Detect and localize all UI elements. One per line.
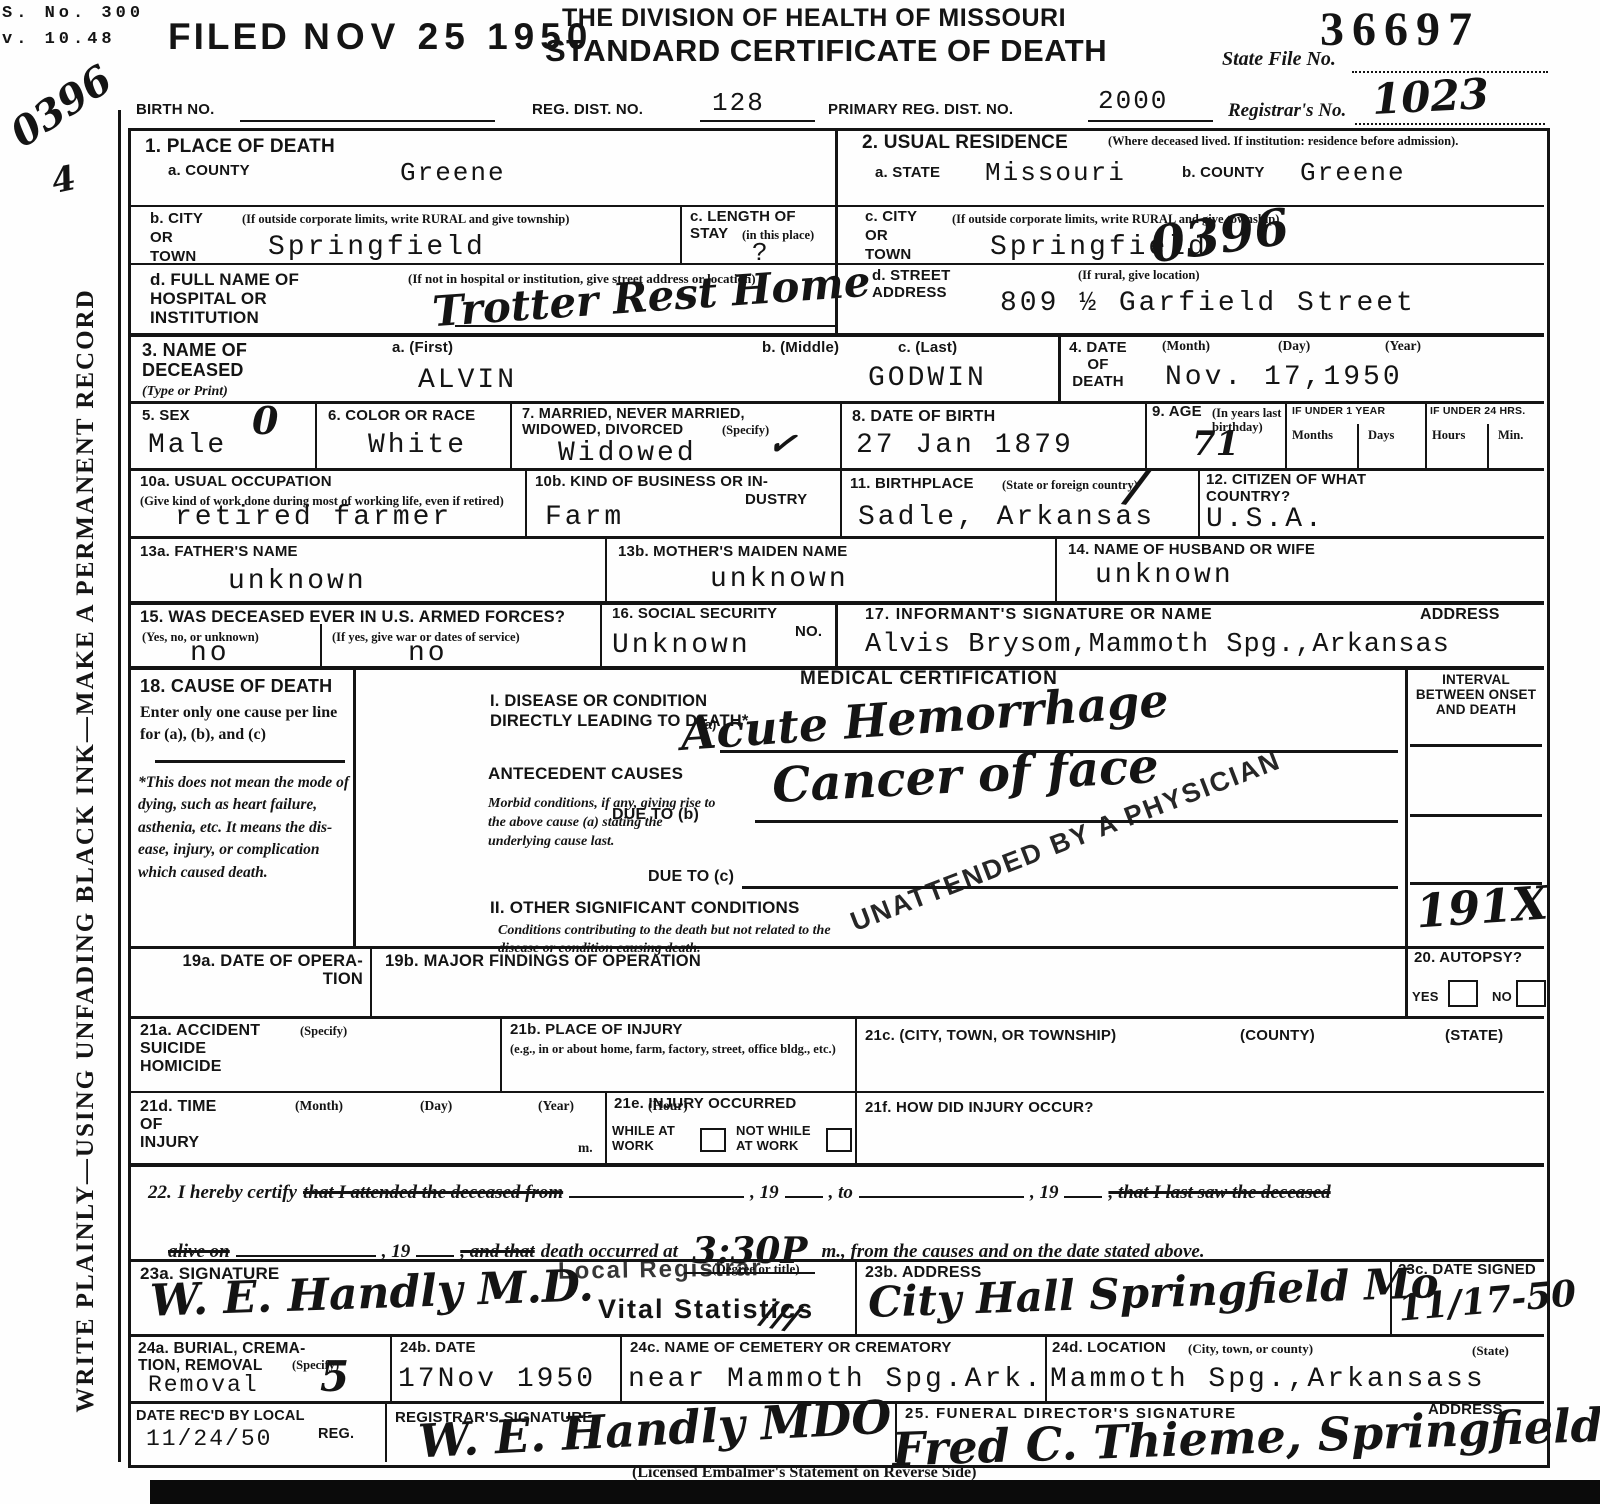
death-certificate-scan: S. No. 300 v. 10.48 0396 4 WRITE PLAINLY… (0, 0, 1600, 1504)
grid-line (600, 601, 602, 666)
certify-number: 22. (148, 1182, 172, 1204)
primary-reg-label: PRIMARY REG. DIST. NO. (828, 102, 1013, 119)
name-last-label: c. (Last) (898, 340, 957, 357)
grid-line (320, 624, 322, 666)
margin-handwritten-number: 0396 (2, 56, 121, 157)
injury-day-label: (Day) (420, 1098, 452, 1114)
grid-line (370, 946, 372, 1016)
place-city-value: Springfield (268, 232, 486, 263)
burial-location-note: (City, town, or county) (1188, 1342, 1313, 1357)
filed-stamp: FILED NOV 25 1950 (168, 16, 593, 58)
birthplace-value: Sadle, Arkansas (858, 502, 1155, 533)
not-while-at-work-checkbox (826, 1128, 852, 1152)
informant-address-label: ADDRESS (1420, 606, 1500, 624)
residence-city-label: c. CITY OR TOWN (865, 208, 917, 264)
burial-location-label: 24d. LOCATION (1052, 1340, 1166, 1357)
mother-value: unknown (710, 564, 849, 595)
grid-line (128, 1016, 1544, 1019)
residence-title: 2. USUAL RESIDENCE (862, 132, 1068, 153)
injury-year-label: (Year) (538, 1098, 574, 1114)
residence-county-label: b. COUNTY (1182, 165, 1265, 182)
birth-date-value: 27 Jan 1879 (856, 430, 1074, 461)
autopsy-yes-checkbox (1448, 980, 1478, 1007)
autopsy-no-label: NO (1492, 990, 1512, 1005)
grid-line (510, 401, 512, 468)
title-line2: STANDARD CERTIFICATE OF DEATH (545, 34, 1107, 69)
certify-line1: 22. I hereby certify that I attended the… (148, 1180, 1540, 1204)
grid-line (385, 1401, 387, 1462)
grid-line (700, 120, 815, 122)
grid-line (1045, 1334, 1047, 1401)
reg-dist-label: REG. DIST. NO. (532, 102, 643, 119)
certify-struck-lastsaw: , that I last saw the deceased (1108, 1182, 1330, 1204)
registrar-no-label: Registrar's No. (1228, 100, 1346, 122)
marital-handwritten-check: ✓ (765, 422, 799, 466)
injury-m-label: m. (578, 1140, 593, 1156)
autopsy-yes-label: YES (1412, 990, 1439, 1005)
grid-line (840, 401, 842, 468)
death-date-day-label: (Day) (1278, 338, 1310, 354)
due-b-label: DUE TO (b) (612, 806, 699, 824)
grid-line (128, 536, 1544, 539)
occupation-label: 10a. USUAL OCCUPATION (140, 474, 332, 491)
street-note: (If rural, give location) (1078, 268, 1200, 282)
birth-date-label: 8. DATE OF BIRTH (852, 408, 995, 426)
residence-state-label: a. STATE (875, 165, 940, 182)
grid-line (1410, 744, 1542, 747)
occupation-value: retired farmer (175, 502, 452, 533)
sex-handwritten-mark: 0 (252, 398, 278, 443)
grid-line (128, 1334, 1544, 1337)
residence-state-value: Missouri (985, 158, 1126, 188)
grid-line (605, 1091, 607, 1163)
business-value: Farm (545, 502, 624, 533)
date-received-label2: REG. (318, 1426, 354, 1442)
grid-line (1055, 536, 1057, 601)
street-value: 809 ½ Garfield Street (1000, 288, 1416, 319)
grid-line (128, 333, 1544, 337)
injury-month-label: (Month) (295, 1098, 343, 1114)
margin-handwritten-number-2: 4 (48, 158, 79, 202)
how-injury-label: 21f. HOW DID INJURY OCCUR? (865, 1100, 1094, 1117)
grid-line (155, 760, 345, 763)
name-first-label: a. (First) (392, 340, 453, 357)
certify-p5: , 19 (382, 1241, 411, 1263)
spouse-value: unknown (1095, 560, 1234, 591)
certify-p2: , 19 (750, 1182, 779, 1204)
date-received-value: 11/24/50 (146, 1426, 272, 1452)
residence-county-value: Greene (1300, 158, 1406, 188)
spouse-label: 14. NAME OF HUSBAND OR WIFE (1068, 542, 1315, 559)
grid-line (742, 886, 1398, 889)
grid-line (605, 536, 607, 601)
street-label: d. STREET ADDRESS (872, 268, 950, 302)
autopsy-no-checkbox (1516, 980, 1546, 1007)
father-value: unknown (228, 566, 367, 597)
race-value: White (368, 430, 467, 461)
deceased-subtitle: (Type or Print) (142, 382, 228, 402)
cause-note1: Enter only one cause per line for (a), (… (140, 702, 345, 745)
injury-state-label: (STATE) (1445, 1028, 1503, 1045)
date-signed-label: 23c. DATE SIGNED (1398, 1262, 1536, 1279)
grid-line (855, 1016, 857, 1091)
accident-label: 21a. ACCIDENT SUICIDE HOMICIDE (140, 1022, 260, 1076)
cause-label: 18. CAUSE OF DEATH (140, 676, 332, 696)
death-date-month-label: (Month) (1162, 338, 1210, 354)
other-conditions-label: II. OTHER SIGNIFICANT CONDITIONS (490, 898, 800, 917)
grid-line (1405, 666, 1408, 1016)
age-label: 9. AGE (1152, 404, 1202, 421)
grid-line (525, 468, 527, 536)
age-under24-label: IF UNDER 24 HRS. (1430, 406, 1525, 418)
informant-label: 17. INFORMANT'S SIGNATURE OR NAME (865, 606, 1213, 624)
grid-line (1357, 424, 1359, 468)
antecedent-label: ANTECEDENT CAUSES (488, 764, 683, 783)
age-days-label: Days (1368, 428, 1394, 442)
primary-reg-value: 2000 (1098, 86, 1168, 116)
residence-title-note: (Where deceased lived. If institution: r… (1108, 134, 1538, 148)
burial-date-value: 17Nov 1950 (398, 1364, 596, 1395)
cemetery-label: 24c. NAME OF CEMETERY OR CREMATORY (630, 1340, 952, 1357)
blank-line (1064, 1180, 1102, 1198)
accident-note: (Specify) (300, 1024, 347, 1038)
registrar-no-value: 1023 (1371, 69, 1490, 124)
place-county-value: Greene (400, 158, 506, 188)
grid-line (1145, 401, 1147, 468)
injury-city-label: 21c. (CITY, TOWN, OR TOWNSHIP) (865, 1028, 1116, 1045)
deceased-title: 3. NAME OF DECEASED (142, 340, 247, 380)
birthplace-label: 11. BIRTHPLACE (850, 476, 974, 493)
age-months-label: Months (1292, 428, 1333, 442)
forces-value2: no (408, 638, 448, 669)
father-label: 13a. FATHER'S NAME (140, 544, 298, 561)
death-date-year-label: (Year) (1385, 338, 1421, 354)
forces-value1: no (190, 638, 230, 669)
sex-value: Male (148, 430, 227, 461)
burial-label: 24a. BURIAL, CREMA- TION, REMOVAL (138, 1340, 305, 1375)
injury-county-label: (COUNTY) (1240, 1028, 1315, 1045)
place-of-death-title: 1. PLACE OF DEATH (145, 136, 335, 157)
burial-handwritten-mark: 5 (320, 1352, 349, 1401)
sex-label: 5. SEX (142, 408, 190, 425)
not-while-at-work-label: NOT WHILE AT WORK (736, 1124, 811, 1153)
interval-value-handwritten: 191X (1414, 875, 1549, 938)
race-label: 6. COLOR OR RACE (328, 408, 475, 425)
grid-line (455, 325, 835, 327)
marital-note: (Specify) (722, 423, 769, 437)
time-of-injury-label: 21d. TIME OF INJURY (140, 1098, 216, 1152)
grid-line (620, 1334, 622, 1401)
burial-date-label: 24b. DATE (400, 1340, 476, 1357)
while-at-work-label: WHILE AT WORK (612, 1124, 675, 1153)
forces-label: 15. WAS DECEASED EVER IN U.S. ARMED FORC… (140, 608, 565, 626)
death-date-label: 4. DATE OF DEATH (1068, 340, 1128, 390)
operation-findings-label: 19b. MAJOR FINDINGS OF OPERATION (385, 952, 701, 970)
blank-line (569, 1180, 744, 1198)
title-line1: THE DIVISION OF HEALTH OF MISSOURI (562, 4, 1066, 32)
grid-line (1487, 424, 1489, 468)
place-of-injury-note: (e.g., in or about home, farm, factory, … (510, 1042, 845, 1056)
operation-date-label: 19a. DATE OF OPERA- TION (145, 952, 363, 989)
age-hours-label: Hours (1432, 428, 1465, 442)
disease-label1: I. DISEASE OR CONDITION (490, 692, 707, 710)
grid-line (240, 120, 495, 122)
informant-value: Alvis Brysom,Mammoth Spg.,Arkansas (865, 630, 1450, 660)
grid-line (315, 401, 317, 468)
grid-line (500, 1016, 502, 1091)
form-number-line1: S. No. 300 (2, 4, 144, 23)
filed-stamp-word: FILED (168, 16, 290, 57)
date-received-label: DATE REC'D BY LOCAL (136, 1408, 305, 1424)
business-label: 10b. KIND OF BUSINESS OR IN- (535, 474, 768, 491)
scan-artifact-bar (150, 1480, 1600, 1504)
mother-label: 13b. MOTHER'S MAIDEN NAME (618, 544, 847, 561)
grid-line (1355, 122, 1545, 125)
certify-p4: , 19 (1030, 1182, 1059, 1204)
reg-dist-value: 128 (712, 88, 765, 118)
burial-value: Removal (148, 1372, 259, 1398)
autopsy-label: 20. AUTOPSY? (1414, 950, 1522, 967)
marital-label: 7. MARRIED, NEVER MARRIED, WIDOWED, DIVO… (522, 406, 745, 438)
degree-or-title-note: (Degree or title) (712, 1262, 800, 1277)
grid-line (1058, 333, 1061, 401)
blank-line (416, 1239, 454, 1257)
burial-state-note: (State) (1472, 1344, 1509, 1359)
grid-line (390, 1334, 392, 1401)
interval-label: INTERVAL BETWEEN ONSET AND DEATH (1412, 672, 1540, 717)
ssn-label2: NO. (795, 624, 822, 641)
grid-line (855, 1091, 857, 1163)
name-first-value: ALVIN (418, 365, 517, 396)
grid-line (835, 601, 838, 666)
certify-p1: I hereby certify (178, 1182, 297, 1204)
state-file-number: 36697 (1320, 2, 1480, 57)
state-file-label: State File No. (1222, 48, 1336, 71)
cause-note2: *This does not mean the mode of dying, s… (138, 772, 350, 884)
ssn-value: Unknown (612, 630, 751, 661)
age-under1-label: IF UNDER 1 YEAR (1292, 406, 1385, 418)
certify-p7: m., from the causes and on the date stat… (821, 1241, 1204, 1263)
blank-line (859, 1180, 1024, 1198)
while-at-work-checkbox (700, 1128, 726, 1152)
blank-line (236, 1239, 376, 1257)
name-last-value: GODWIN (868, 363, 987, 394)
certify-struck-attended: that I attended the deceased from (303, 1182, 563, 1204)
grid-line (128, 1163, 1544, 1167)
death-date-value: Nov. 17,1950 (1165, 362, 1403, 393)
grid-line (353, 666, 356, 946)
certify-struck-andthat: , and that (460, 1241, 534, 1263)
grid-line (1410, 814, 1542, 817)
birthplace-note: (State or foreign country) (1002, 478, 1138, 492)
grid-line (128, 401, 1544, 404)
certify-struck-aliveon: alive on (168, 1241, 230, 1263)
form-number-line2: v. 10.48 (2, 30, 116, 49)
place-city-note: (If outside corporate limits, write RURA… (242, 212, 632, 226)
age-min-label: Min. (1498, 428, 1523, 442)
marital-value: Widowed (558, 438, 697, 469)
place-of-injury-label: 21b. PLACE OF INJURY (510, 1022, 683, 1039)
name-middle-label: b. (Middle) (762, 340, 839, 357)
grid-line (840, 468, 842, 536)
grid-line (1088, 120, 1213, 122)
institution-label: d. FULL NAME OF HOSPITAL OR INSTITUTION (150, 270, 299, 327)
grid-line (118, 110, 121, 1462)
citizen-value: U.S.A. (1206, 504, 1325, 535)
certify-p3: , to (829, 1182, 853, 1204)
business-label2: DUSTRY (745, 492, 807, 509)
blank-line (785, 1180, 823, 1198)
burial-location-value: Mammoth Spg.,Arkansass (1050, 1364, 1486, 1395)
citizen-label: 12. CITIZEN OF WHAT COUNTRY? (1206, 472, 1366, 506)
grid-line (680, 205, 682, 263)
cemetery-value: near Mammoth Spg.Ark. (628, 1364, 1044, 1395)
birth-no-label: BIRTH NO. (136, 102, 214, 119)
injury-occurred-label: 21e. INJURY OCCURRED (614, 1096, 796, 1113)
place-city-label: b. CITY OR TOWN (150, 210, 203, 266)
ssn-label: 16. SOCIAL SECURITY (612, 606, 777, 623)
grid-line (128, 1091, 1544, 1093)
grid-line (1198, 468, 1200, 536)
grid-line (1425, 401, 1427, 468)
place-county-label: a. COUNTY (168, 163, 250, 180)
age-value: 71 (1192, 424, 1239, 464)
grid-line (855, 1259, 857, 1334)
due-c-label: DUE TO (c) (648, 868, 734, 886)
margin-vertical-instruction: WRITE PLAINLY—USING UNFADING BLACK INK—M… (72, 263, 100, 1438)
